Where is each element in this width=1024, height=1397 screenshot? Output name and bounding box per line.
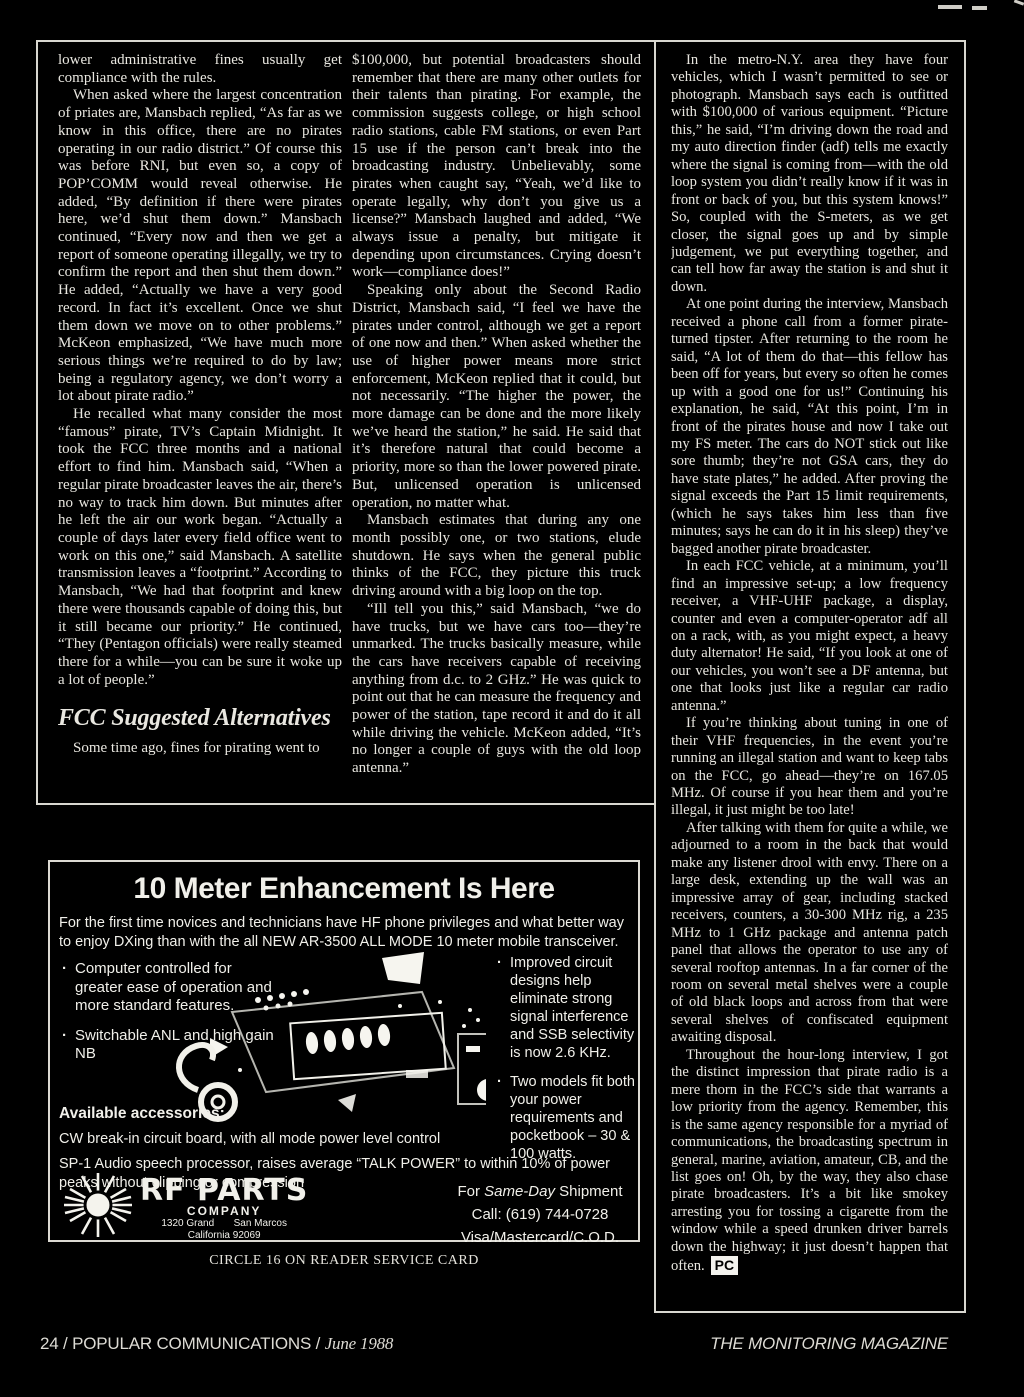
footer-tagline: THE MONITORING MAGAZINE — [710, 1334, 948, 1354]
logo-address-city: San Marcos — [234, 1218, 287, 1230]
ad-shipping-info: For Same-Day Shipment Call: (619) 744-07… — [440, 1180, 640, 1249]
footer-magazine-name: POPULAR COMMUNICATIONS — [72, 1334, 311, 1353]
paragraph: “Ill tell you this,” said Mansbach, “we … — [352, 601, 641, 778]
footer-issue-date: June 1988 — [325, 1334, 394, 1353]
ad-accessories-label: Available accessories: — [59, 1105, 225, 1123]
article-column-1: lower administrative fines usually get c… — [58, 52, 342, 804]
paragraph: $100,000, but potential broadcasters sho… — [352, 52, 641, 282]
footer-left: 24 / POPULAR COMMUNICATIONS / June 1988 — [40, 1334, 393, 1354]
section-heading: FCC Suggested Alternatives — [58, 705, 342, 731]
paragraph: In each FCC vehicle, at a minimum, you’l… — [671, 558, 948, 715]
ad-accessory-item: CW break-in circuit board, with all mode… — [59, 1131, 619, 1147]
article-column-3: In the metro-N.Y. area they have four ve… — [671, 52, 948, 1308]
magazine-page: lower administrative fines usually get c… — [0, 0, 1024, 1397]
rf-parts-logo-text: RF PARTS COMPANY 1320 Grand San Marcos C… — [140, 1178, 308, 1242]
paragraph: When asked where the largest concentrati… — [58, 87, 342, 406]
paragraph: If you’re thinking about tuning in one o… — [671, 715, 948, 820]
paragraph: In the metro-N.Y. area they have four ve… — [671, 52, 948, 296]
column-divider-rule — [654, 40, 656, 1313]
box-rule-left — [36, 40, 38, 805]
advertisement-ar3500: 10 Meter Enhancement Is Here For the fir… — [48, 860, 640, 1242]
ad-feature-item: Two models fit both your power requireme… — [497, 1073, 647, 1163]
box-rule-right — [964, 40, 966, 1313]
ad-feature-item: Improved circuit designs help eliminate … — [497, 954, 647, 1062]
logo-name: RF PARTS — [140, 1178, 308, 1204]
ad-intro-text: For the first time novices and technicia… — [59, 914, 631, 951]
paragraph: Some time ago, fines for pirating went t… — [58, 740, 342, 758]
paragraph: He recalled what many consider the most … — [58, 406, 342, 689]
logo-address-street: 1320 Grand — [161, 1218, 214, 1230]
paragraph: Speaking only about the Second Radio Dis… — [352, 282, 641, 512]
shipping-line: For Same-Day Shipment — [440, 1180, 640, 1203]
box-rule-top — [36, 40, 966, 42]
paragraph: lower administrative fines usually get c… — [58, 52, 342, 87]
scan-artifact-dash — [1014, 0, 1024, 6]
paragraph-text: Throughout the hour-long interview, I go… — [671, 1047, 948, 1274]
box-rule-bottom — [654, 1311, 966, 1313]
article-column-2: $100,000, but potential broadcasters sho… — [352, 52, 641, 804]
article-end-pc-badge: PC — [711, 1256, 738, 1275]
scan-artifact-dash — [938, 5, 962, 9]
shipping-payment: Visa/Mastercard/C.O.D. — [440, 1226, 640, 1249]
footer-separator: / — [316, 1334, 321, 1353]
logo-address: 1320 Grand San Marcos — [140, 1218, 308, 1230]
shipping-phone: Call: (619) 744-0728 — [440, 1203, 640, 1226]
logo-address-state: California 92069 — [140, 1230, 308, 1242]
paragraph: Mansbach estimates that during any one m… — [352, 512, 641, 601]
reader-service-note: CIRCLE 16 ON READER SERVICE CARD — [48, 1253, 640, 1269]
paragraph: At one point during the interview, Mansb… — [671, 296, 948, 558]
paragraph: After talking with them for quite a whil… — [671, 820, 948, 1047]
ad-headline: 10 Meter Enhancement Is Here — [50, 872, 638, 906]
sunburst-icon — [62, 1172, 134, 1238]
rf-parts-logo: RF PARTS COMPANY 1320 Grand San Marcos C… — [62, 1172, 308, 1242]
footer-page-number: 24 — [40, 1334, 59, 1353]
footer-separator: / — [63, 1334, 68, 1353]
scan-artifact-dash — [972, 6, 987, 10]
paragraph: Throughout the hour-long interview, I go… — [671, 1047, 948, 1276]
